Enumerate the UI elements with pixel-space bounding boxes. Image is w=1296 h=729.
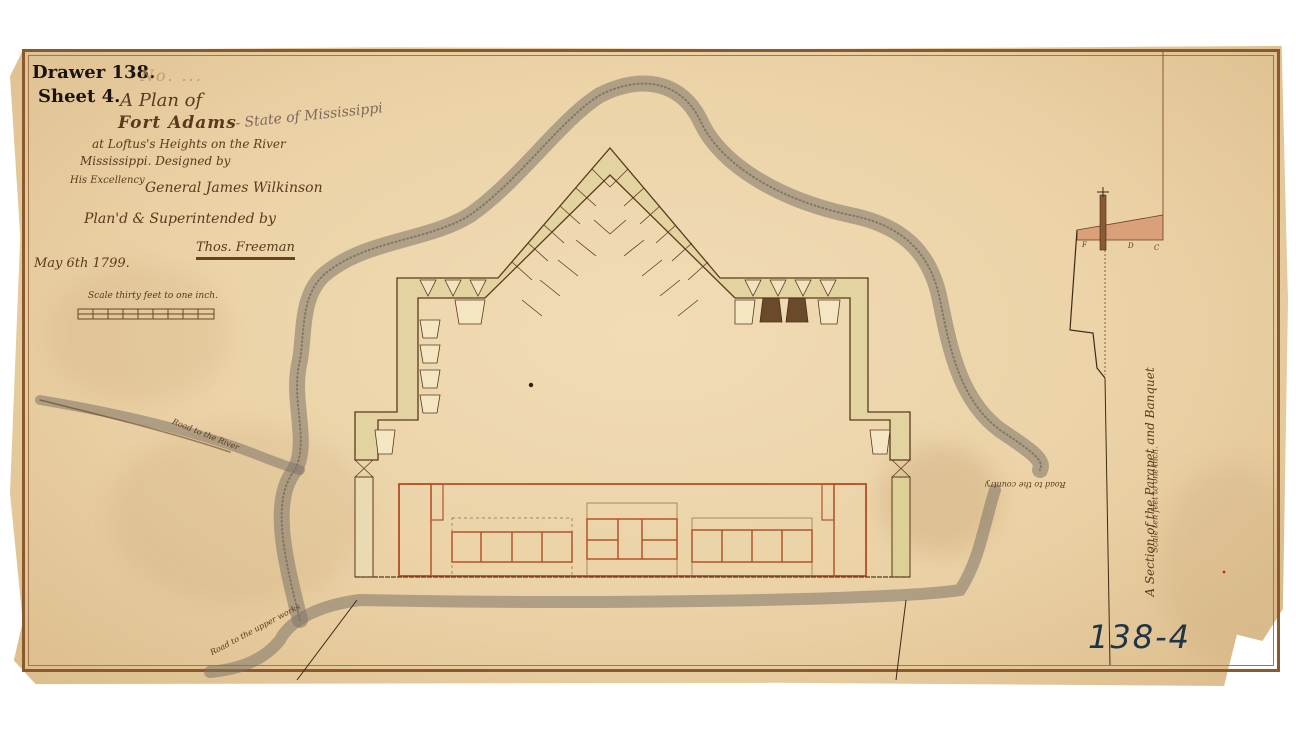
section-letter: F (1082, 241, 1087, 249)
ditch-hatching (40, 84, 1041, 672)
surveyor-signature: Thos. Freeman (196, 240, 295, 260)
plan-date: May 6th 1799. (34, 256, 130, 271)
faded-header-text: No. ... (140, 66, 203, 85)
section-letter: D (1128, 242, 1134, 250)
title-fort-name: Fort Adams (118, 113, 237, 133)
fort-rampart (355, 148, 910, 460)
title-superintended: Plan'd & Superintended by (84, 211, 276, 227)
magazine-steps (760, 298, 808, 322)
catalog-number: 138-4 (1088, 618, 1191, 656)
title-designer: General James Wilkinson (145, 180, 323, 196)
sheet-stamp: Sheet 4. (38, 86, 120, 107)
road-to-country-label: Road to the country (985, 480, 1066, 489)
barracks-block (297, 460, 910, 680)
section-letter: C (1154, 244, 1159, 252)
title-line-4: Mississippi. Designed by (80, 154, 230, 168)
drawer-stamp: Drawer 138. (32, 62, 155, 83)
title-excellency: His Excellency (70, 175, 145, 186)
scale-bar (78, 309, 214, 319)
section-scale-caption: Scale ten feet to one inch. (1151, 400, 1160, 600)
scale-label: Scale thirty feet to one inch. (88, 291, 218, 301)
red-mark (1223, 571, 1226, 574)
title-line-1: A Plan of (120, 90, 202, 111)
ink-spot (529, 383, 533, 387)
title-line-3: at Loftus's Heights on the River (92, 137, 286, 151)
